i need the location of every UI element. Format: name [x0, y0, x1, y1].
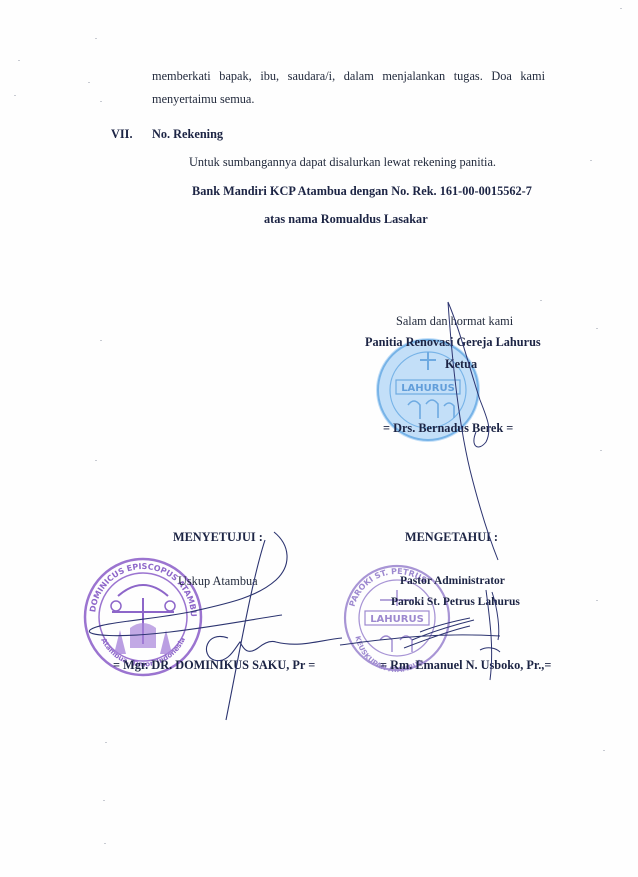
scan-speck [100, 101, 102, 102]
intro-paragraph-line-2: menyertaimu semua. [152, 91, 254, 107]
approval-left-name: = Mgr. DR. DOMINIKUS SAKU, Pr = [113, 657, 315, 673]
committee-role: Ketua [445, 356, 477, 372]
scan-speck [88, 82, 90, 83]
committee-chair-name: = Drs. Bernadus Berek = [383, 420, 513, 436]
document-page: LAHURUS DOMINICUS EPISCOPUS ATAMBUENSIS … [0, 0, 638, 877]
section-body: Untuk sumbangannya dapat disalurkan lewa… [189, 154, 496, 170]
committee-name: Panitia Renovasi Gereja Lahurus [365, 334, 541, 350]
scan-speck [620, 8, 622, 9]
bishop-signature [89, 532, 342, 720]
scan-speck [603, 750, 605, 751]
bank-account-line: Bank Mandiri KCP Atambua dengan No. Rek.… [192, 183, 532, 199]
scan-speck [540, 300, 542, 301]
stamps-layer: LAHURUS DOMINICUS EPISCOPUS ATAMBUENSIS … [0, 0, 638, 877]
section-number: VII. [111, 126, 133, 142]
section-title: No. Rekening [152, 126, 223, 142]
approval-right-heading: MENGETAHUI : [405, 529, 498, 545]
scan-speck [18, 60, 20, 61]
scan-speck [100, 340, 102, 341]
account-holder-line: atas nama Romualdus Lasakar [264, 211, 428, 227]
approval-left-heading: MENYETUJUI : [173, 529, 263, 545]
svg-text:LAHURUS: LAHURUS [401, 383, 455, 394]
scan-speck [103, 800, 105, 801]
scan-speck [14, 95, 16, 96]
scan-speck [590, 160, 592, 161]
scan-speck [596, 600, 598, 601]
scan-speck [104, 843, 106, 844]
closing-greeting: Salam dan hormat kami [396, 313, 513, 329]
scan-speck [600, 450, 602, 451]
scan-speck [95, 460, 97, 461]
intro-paragraph-line-1: memberkati bapak, ibu, saudara/i, dalam … [152, 68, 545, 84]
svg-text:LAHURUS: LAHURUS [370, 614, 424, 625]
approval-left-title: Uskup Atambua [178, 573, 258, 589]
signatures-layer [0, 0, 638, 877]
approval-right-name: = Rm. Emanuel N. Usboko, Pr.,= [380, 657, 551, 673]
scan-speck [596, 328, 598, 329]
scan-speck [105, 742, 107, 743]
approval-right-title-line-1: Pastor Administrator [400, 573, 505, 589]
scan-speck [95, 38, 97, 39]
approval-right-title-line-2: Paroki St. Petrus Lahurus [391, 594, 520, 610]
